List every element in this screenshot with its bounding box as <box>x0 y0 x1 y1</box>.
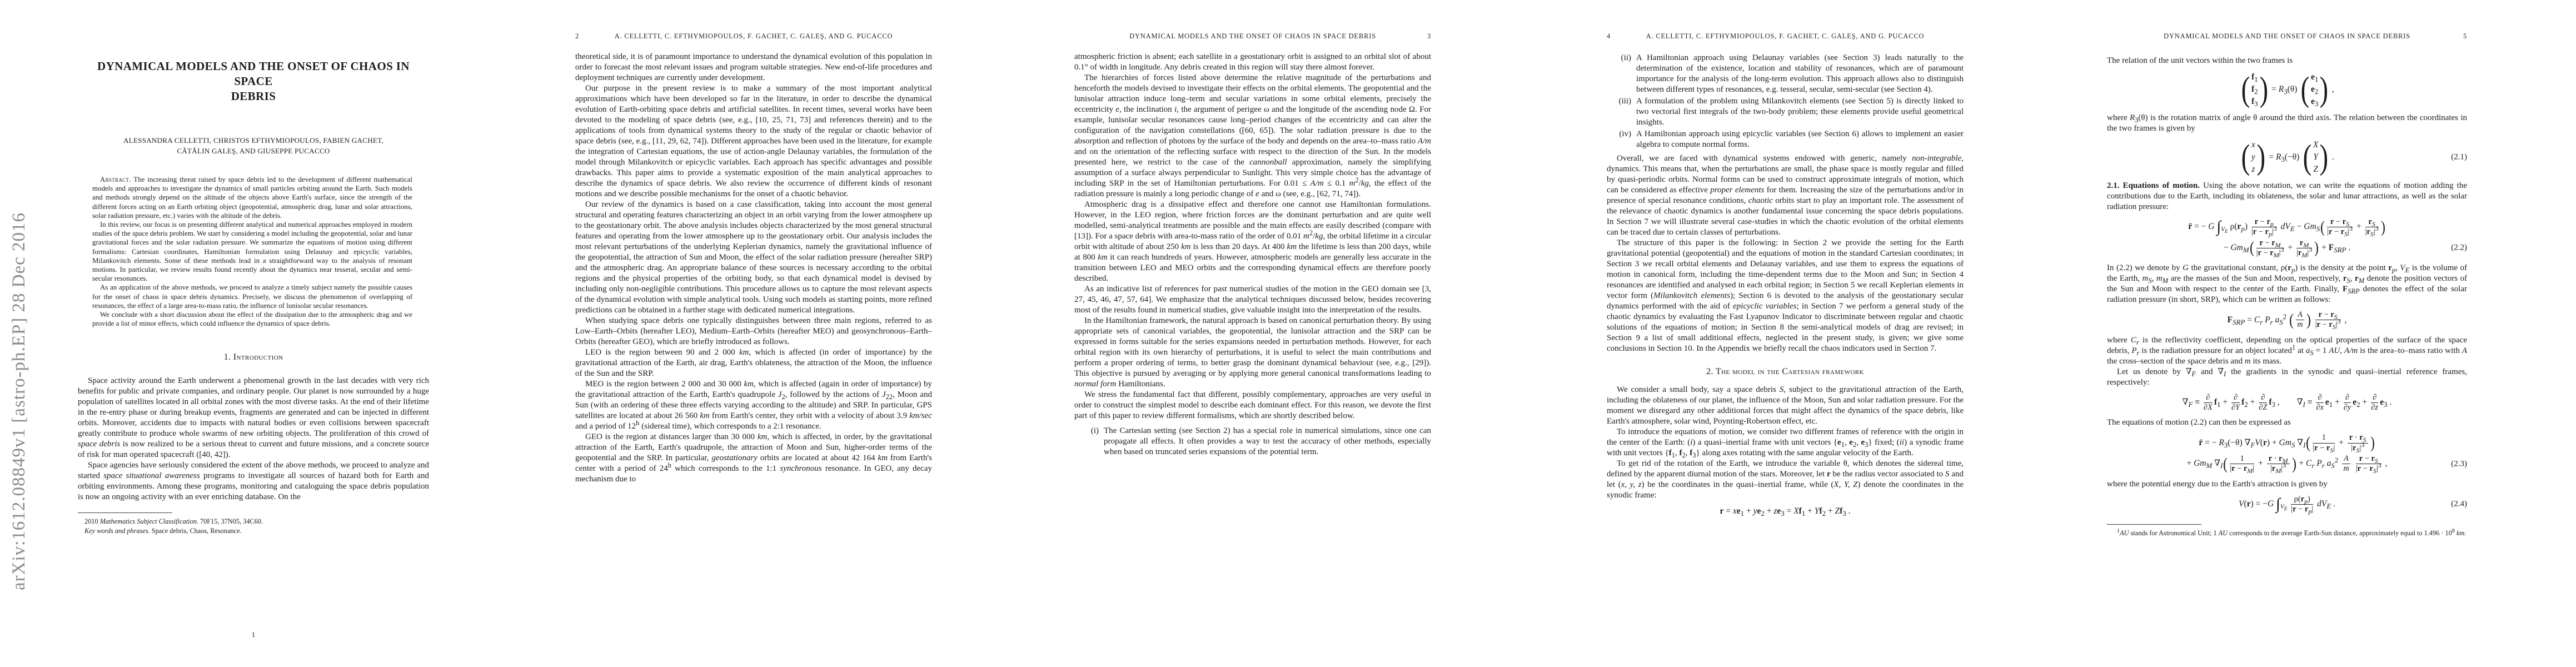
body-paragraph: Let us denote by ∇F and ∇I the gradients… <box>2107 367 2467 388</box>
equation-2-2-line2: − GmM(r − rM|r − rM|3 + rM|rM|3) + FSRP … <box>2107 238 2467 258</box>
body-paragraph: Atmospheric drag is a dissipative effect… <box>1074 200 1431 284</box>
list-item-ii: (ii) A Hamiltonian approach using Delaun… <box>1607 53 1964 95</box>
arxiv-watermark: arXiv:1612.08849v1 [astro-ph.EP] 28 Dec … <box>9 212 29 590</box>
page-5: DYNAMICAL MODELS AND THE ONSET OF CHAOS … <box>2107 0 2467 667</box>
list-item-label: (iv) <box>1607 129 1636 150</box>
equation-content: (f1f2f3) = R3(θ) (e1e2e3) , <box>2240 84 2334 94</box>
equation-content: FSRP = Cr Pr aS2 (Am) r − rS|r − rS|3 , <box>2228 315 2347 325</box>
body-paragraph: where Cr is the reflectivity coefficient… <box>2107 335 2467 367</box>
body-paragraph: We consider a small body, say a space de… <box>1607 385 1964 427</box>
equation-content: (xyz) = R3(−θ) (XYZ) . <box>2240 152 2334 162</box>
body-paragraph: Our review of the dynamics is based on a… <box>575 200 932 316</box>
paper-title: DYNAMICAL MODELS AND THE ONSET OF CHAOS … <box>78 59 429 104</box>
equation-content: r = xe1 + ye2 + ze3 = Xf1 + Yf2 + Zf3 . <box>1720 506 1850 516</box>
equation-number: (2.2) <box>2451 243 2467 253</box>
abstract-paragraph: Abstract. The increasing threat raised b… <box>92 175 412 220</box>
intro-paragraph: Space agencies have seriously considered… <box>78 460 429 502</box>
footnote-block: 2010 Mathematics Subject Classification.… <box>78 512 429 535</box>
running-header: DYNAMICAL MODELS AND THE ONSET OF CHAOS … <box>1074 32 1431 41</box>
equation-frame-decomposition: r = xe1 + ye2 + ze3 = Xf1 + Yf2 + Zf3 . <box>1607 506 1964 516</box>
equation-coordinates: (xyz) = R3(−θ) (XYZ) . (2.1) <box>2107 139 2467 176</box>
footnote-msc: 2010 Mathematics Subject Classification.… <box>78 517 429 526</box>
authors: ALESSANDRA CELLETTI, CHRISTOS EFTHYMIOPO… <box>78 135 429 156</box>
page-3-body: atmospheric friction is absent; each sat… <box>1074 52 1431 457</box>
introduction-text: Space activity around the Earth underwen… <box>78 376 429 502</box>
equation-content: + GmM ∇I(1|r − rM| + r · rM|rM|3) + Cr P… <box>2186 459 2387 468</box>
equation-number: (2.4) <box>2451 499 2467 510</box>
equation-2-3-line2: + GmM ∇I(1|r − rM| + r · rM|rM|3) + Cr P… <box>2107 454 2467 474</box>
equation-potential: V(r) = −G ∫VE ρ(rp)|r − rp| dVE . (2.4) <box>2107 495 2467 515</box>
body-paragraph: The relation of the unit vectors within … <box>2107 56 2467 66</box>
page-4-body: (ii) A Hamiltonian approach using Delaun… <box>1607 52 1964 521</box>
running-header-authors: A. CELLETTI, C. EFTHYMIOPOULOS, F. GACHE… <box>575 32 932 41</box>
equation-2-2-line1: r̈ = − G ∫VE ρ(rp) r − rp|r − rp|3 dVE −… <box>2107 217 2467 237</box>
list-item-text: A Hamiltonian approach using Delaunay va… <box>1636 53 1964 95</box>
body-paragraph: theoretical side, it is of paramount imp… <box>575 52 932 83</box>
list-item-iv: (iv) A Hamiltonian approach using epicyc… <box>1607 129 1964 150</box>
page-4: 4 A. CELLETTI, C. EFTHYMIOPOULOS, F. GAC… <box>1607 0 1964 667</box>
equation-number: (2.3) <box>2451 459 2467 469</box>
body-paragraph: where R3(θ) is the rotation matrix of an… <box>2107 113 2467 134</box>
subsection-equations-of-motion: 2.1. Equations of motion. Using the abov… <box>2107 181 2467 212</box>
body-paragraph: MEO is the region between 2 000 and 30 0… <box>575 379 932 432</box>
page-number: 1 <box>78 630 429 639</box>
running-header-title: DYNAMICAL MODELS AND THE ONSET OF CHAOS … <box>2107 32 2467 41</box>
body-paragraph: The hierarchies of forces listed above d… <box>1074 73 1431 200</box>
document-canvas: arXiv:1612.08849v1 [astro-ph.EP] 28 Dec … <box>0 0 2576 667</box>
section-heading-model: 2. The model in the Cartesian framework <box>1607 366 1964 377</box>
body-paragraph: GEO is the region at distances larger th… <box>575 432 932 485</box>
list-item-text: A formulation of the problem using Milan… <box>1636 96 1964 128</box>
equation-content: V(r) = −G ∫VE ρ(rp)|r − rp| dVE . <box>2239 499 2335 509</box>
equation-unit-vectors: (f1f2f3) = R3(θ) (e1e2e3) , <box>2107 71 2467 108</box>
equation-content: r̈ = − G ∫VE ρ(rp) r − rp|r − rp|3 dVE −… <box>2188 222 2386 231</box>
footnote-rule <box>78 512 172 513</box>
body-paragraph: To get rid of the rotation of the Earth,… <box>1607 459 1964 501</box>
list-item-iii: (iii) A formulation of the problem using… <box>1607 96 1964 128</box>
body-paragraph: Our purpose in the present review is to … <box>575 83 932 200</box>
body-paragraph: atmospheric friction is absent; each sat… <box>1074 52 1431 73</box>
body-paragraph: where the potential energy due to the Ea… <box>2107 479 2467 490</box>
abstract-paragraph: We conclude with a short discussion abou… <box>92 310 412 328</box>
page-number: 2 <box>575 32 579 41</box>
running-header: 2 A. CELLETTI, C. EFTHYMIOPOULOS, F. GAC… <box>575 32 932 41</box>
equation-content: ∇F ≡ ∂∂Xf1 + ∂∂Yf2 + ∂∂Zf3 , ∇I ≡ ∂∂xe1 … <box>2183 397 2392 407</box>
running-header: 4 A. CELLETTI, C. EFTHYMIOPOULOS, F. GAC… <box>1607 32 1964 41</box>
page-number: 3 <box>1427 32 1431 41</box>
body-paragraph: We stress the fundamental fact that diff… <box>1074 390 1431 421</box>
abstract: Abstract. The increasing threat raised b… <box>92 175 412 328</box>
page-5-body: The relation of the unit vectors within … <box>2107 56 2467 538</box>
list-item-label: (ii) <box>1607 53 1636 95</box>
page-number: 5 <box>2463 32 2467 41</box>
body-paragraph: The structure of this paper is the follo… <box>1607 238 1964 354</box>
abstract-paragraph: In this review, our focus is on presenti… <box>92 220 412 283</box>
paper-title-line2: DEBRIS <box>231 89 276 103</box>
equation-srp: FSRP = Cr Pr aS2 (Am) r − rS|r − rS|3 , <box>2107 310 2467 330</box>
footnote-au: 1AU stands for Astronomical Unit; 1 AU c… <box>2107 529 2467 538</box>
body-paragraph: Overall, we are faced with dynamical sys… <box>1607 153 1964 238</box>
running-header-authors: A. CELLETTI, C. EFTHYMIOPOULOS, F. GACHE… <box>1607 32 1964 41</box>
equation-2-3-line1: r̈ = − R3(−θ) ∇FV(r) + GmS ∇I(1|r − rS| … <box>2107 433 2467 453</box>
footnote-block: 1AU stands for Astronomical Unit; 1 AU c… <box>2107 524 2467 538</box>
body-paragraph: When studying space debris one typically… <box>575 316 932 347</box>
running-header-title: DYNAMICAL MODELS AND THE ONSET OF CHAOS … <box>1074 32 1431 41</box>
equation-content: − GmM(r − rM|r − rM|3 + rM|rM|3) + FSRP … <box>2224 243 2350 252</box>
list-item-label: (iii) <box>1607 96 1636 128</box>
list-item-i: (i) The Cartesian setting (see Section 2… <box>1074 426 1431 457</box>
body-paragraph: As an indicative list of references for … <box>1074 284 1431 316</box>
paper-title-line1: DYNAMICAL MODELS AND THE ONSET OF CHAOS … <box>97 59 410 88</box>
page-2-body: theoretical side, it is of paramount imp… <box>575 52 932 485</box>
body-paragraph: In (2.2) we denote by G the gravitationa… <box>2107 263 2467 305</box>
body-paragraph: LEO is the region between 90 and 2 000 k… <box>575 347 932 379</box>
authors-line1: ALESSANDRA CELLETTI, CHRISTOS EFTHYMIOPO… <box>123 136 383 145</box>
footnote-keywords: Key words and phrases. Space debris, Cha… <box>78 526 429 536</box>
page-2: 2 A. CELLETTI, C. EFTHYMIOPOULOS, F. GAC… <box>575 0 932 667</box>
body-paragraph: The equations of motion (2.2) can then b… <box>2107 417 2467 428</box>
page-3: DYNAMICAL MODELS AND THE ONSET OF CHAOS … <box>1074 0 1431 667</box>
equation-number: (2.1) <box>2451 152 2467 163</box>
list-item-text: A Hamiltonian approach using epicyclic v… <box>1636 129 1964 150</box>
intro-paragraph: Space activity around the Earth underwen… <box>78 376 429 460</box>
body-paragraph: To introduce the equations of motion, we… <box>1607 427 1964 459</box>
authors-line2: CĂTĂLIN GALEŞ, AND GIUSEPPE PUCACCO <box>177 147 330 155</box>
page-1: DYNAMICAL MODELS AND THE ONSET OF CHAOS … <box>78 0 429 667</box>
list-item-label: (i) <box>1074 426 1104 457</box>
equation-gradients: ∇F ≡ ∂∂Xf1 + ∂∂Yf2 + ∂∂Zf3 , ∇I ≡ ∂∂xe1 … <box>2107 393 2467 413</box>
abstract-paragraph: As an application of the above methods, … <box>92 283 412 310</box>
list-item-text: The Cartesian setting (see Section 2) ha… <box>1104 426 1431 457</box>
body-paragraph: In the Hamiltonian framework, the natura… <box>1074 316 1431 390</box>
section-heading-introduction: 1. Introduction <box>78 352 429 362</box>
page-number: 4 <box>1607 32 1611 41</box>
equation-content: r̈ = − R3(−θ) ∇FV(r) + GmS ∇I(1|r − rS| … <box>2199 438 2375 447</box>
footnote-rule <box>2107 524 2201 525</box>
running-header: DYNAMICAL MODELS AND THE ONSET OF CHAOS … <box>2107 32 2467 41</box>
